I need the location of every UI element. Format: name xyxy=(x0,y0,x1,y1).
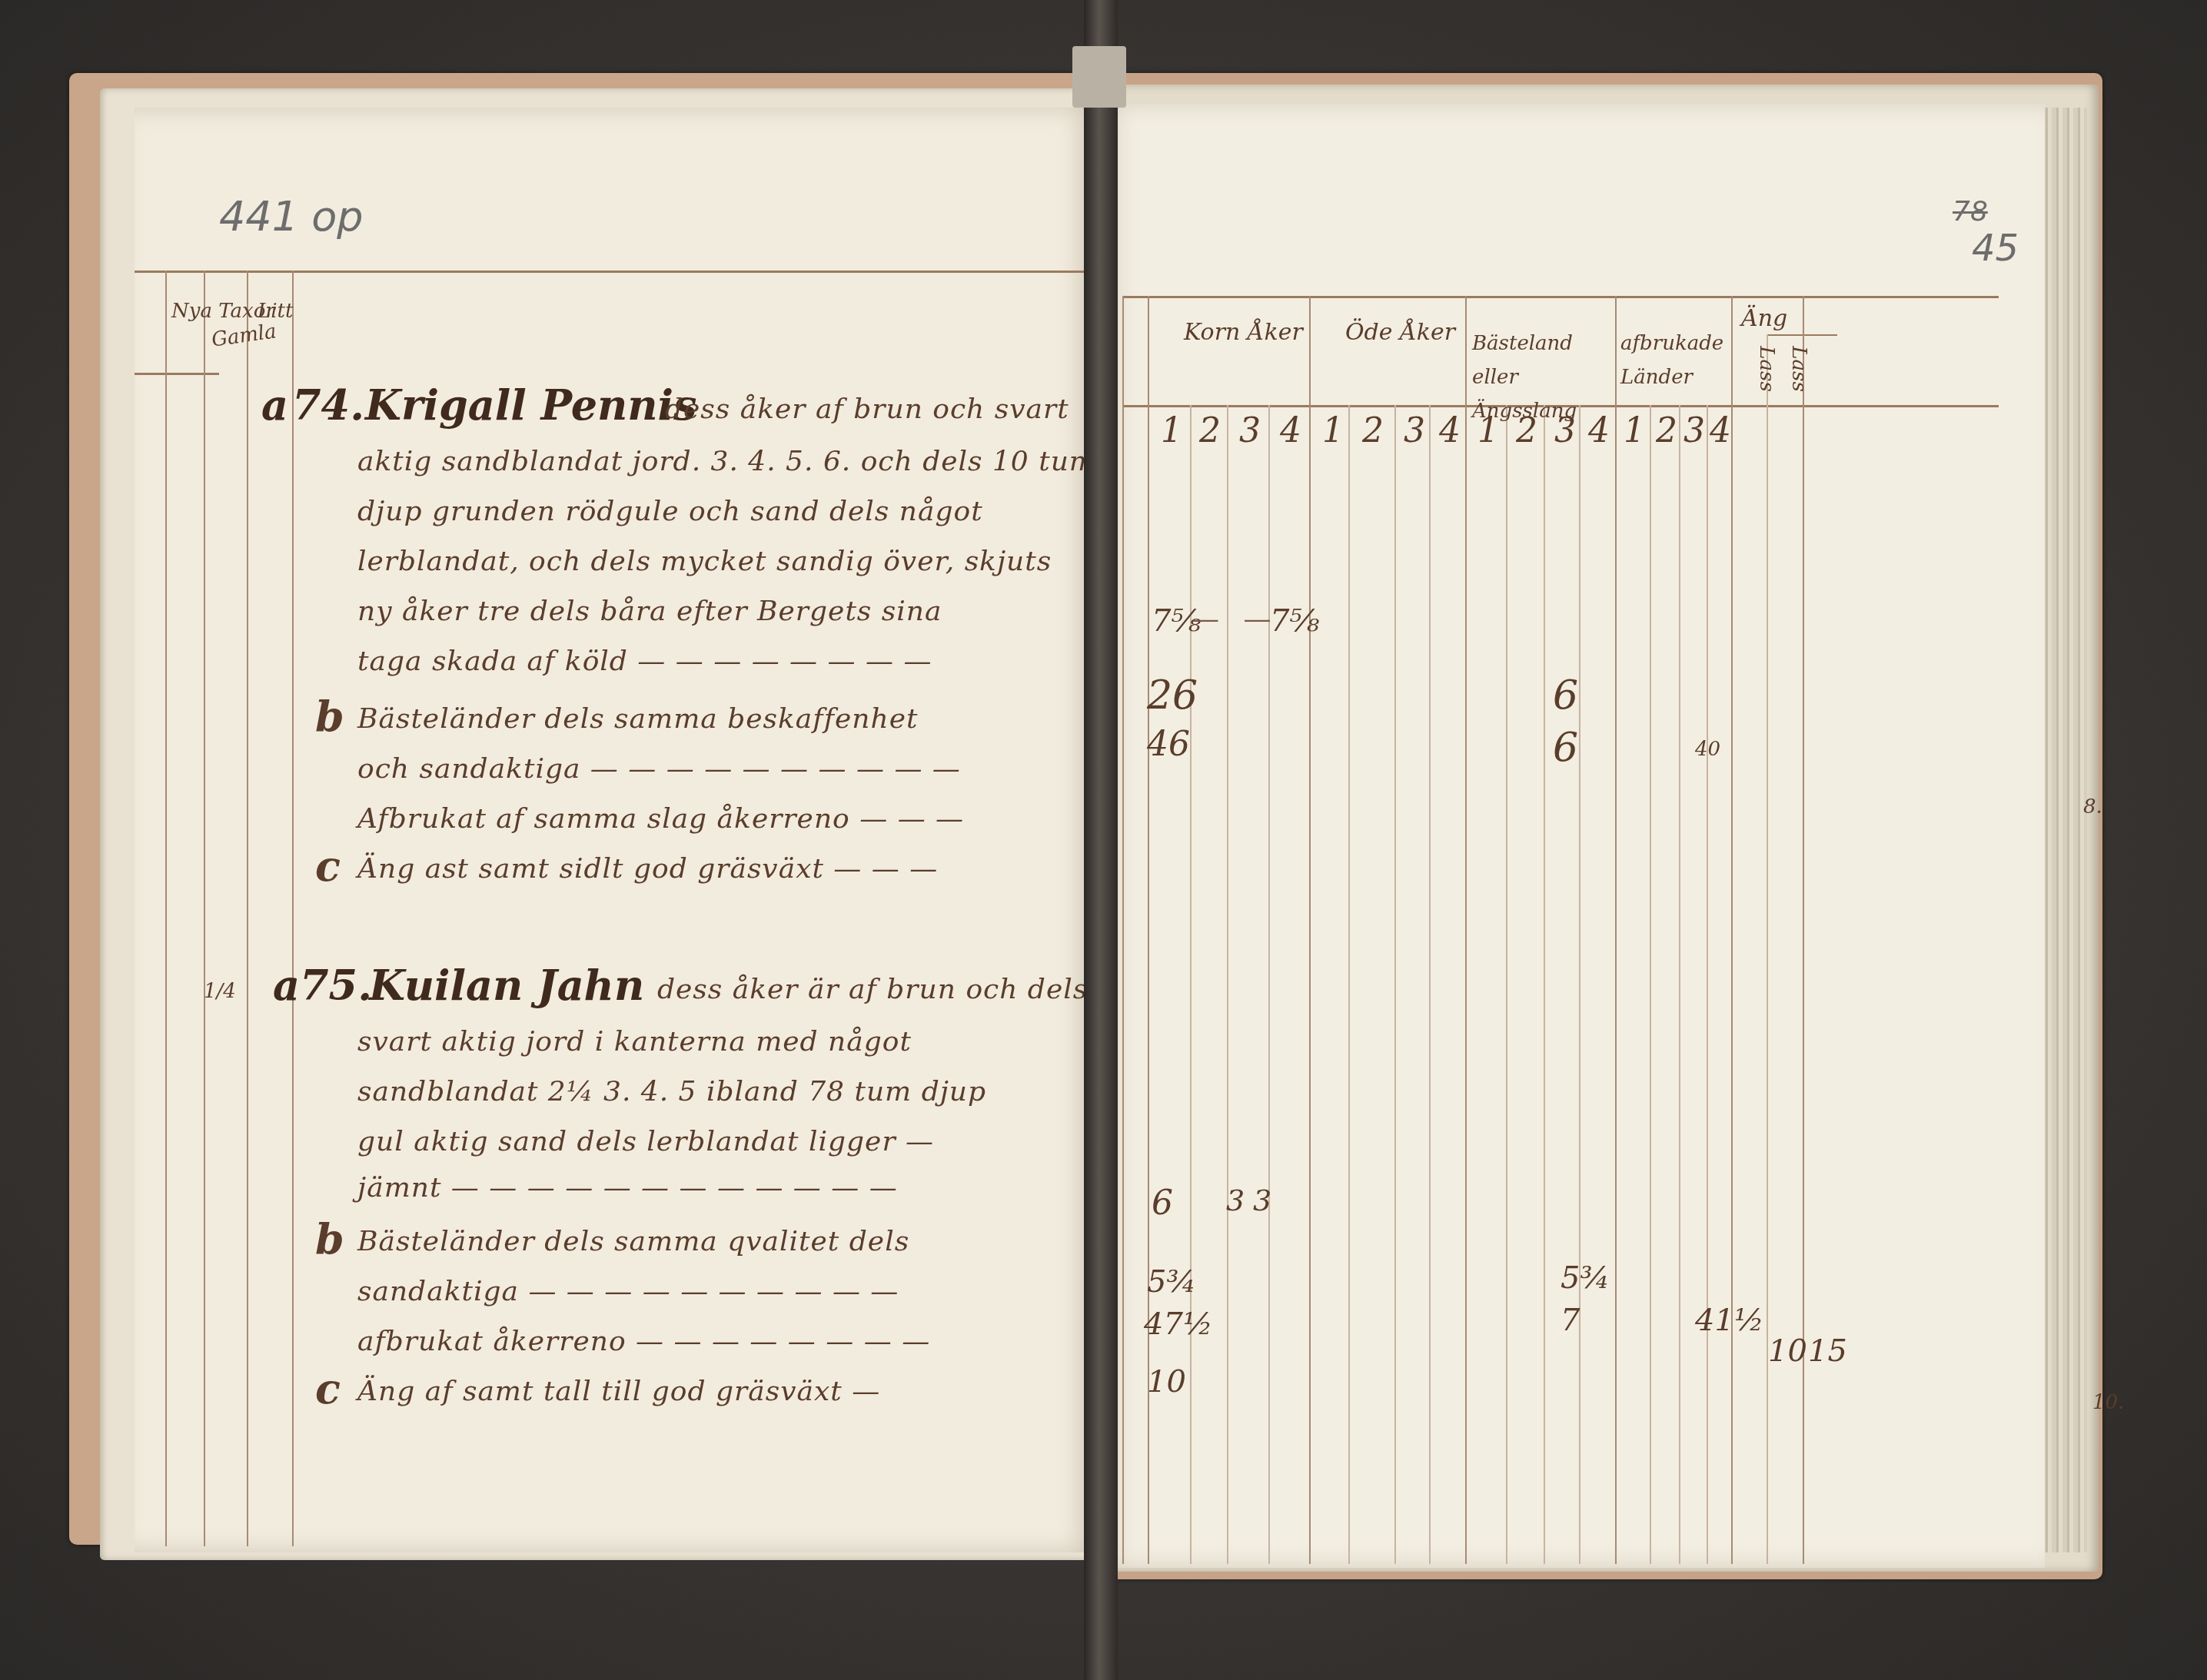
column-rule xyxy=(1348,405,1350,1564)
column-rule xyxy=(247,271,248,1546)
column-rule xyxy=(1544,405,1545,1564)
left-page: 441 op Nya Taxor Gamla Litt a 74. Krigal… xyxy=(135,108,1095,1552)
entry-litt-c: c xyxy=(315,1364,341,1413)
column-rule xyxy=(1707,405,1708,1564)
entry-text-line: taga skada af köld — — — — — — — — xyxy=(357,646,932,677)
header-ang-lass: Lass xyxy=(1787,346,1810,391)
header-afbrukade: afbrukade Länder xyxy=(1620,327,1728,394)
entry-text-line: Bästeländer dels samma beskaffenhet xyxy=(357,703,918,735)
cell-ang-1: 10 xyxy=(1768,1333,1807,1369)
pencil-folio: 45 xyxy=(1972,227,2019,270)
column-rule xyxy=(1767,334,1768,1564)
col-num: 2 xyxy=(1656,411,1677,450)
header-bottom-rule xyxy=(135,373,219,375)
cell-korn-2: 3 xyxy=(1226,1184,1245,1217)
row-total: 10 xyxy=(1147,1364,1186,1399)
row-total: 46 xyxy=(1147,725,1190,764)
header-litt: Litt xyxy=(258,300,293,323)
header-top-rule xyxy=(1122,296,1999,298)
edge-mark: 8. xyxy=(2083,795,2102,818)
column-rule xyxy=(1803,296,1804,1564)
entry-text-line: afbrukat åkerreno — — — — — — — — xyxy=(357,1326,930,1357)
col-num: 4 xyxy=(1588,411,1610,450)
column-rule xyxy=(1268,405,1270,1564)
entry-text-line: ny åker tre dels båra efter Bergets sina xyxy=(357,596,942,627)
pencil-annotation: 441 op xyxy=(219,192,364,241)
column-rule xyxy=(1506,405,1507,1564)
entry-text-line: Äng af samt tall till god gräsväxt — xyxy=(357,1376,880,1407)
column-rule xyxy=(1190,405,1192,1564)
entry-name: Krigall Pennis xyxy=(365,380,696,430)
entry-litt-a: a xyxy=(261,380,288,430)
header-ang-lass: Lass xyxy=(1755,346,1778,391)
column-rule xyxy=(1650,405,1651,1564)
header-ode-aker: Öde Åker xyxy=(1345,319,1455,346)
column-rule xyxy=(1465,296,1467,1564)
cell-korn-3: 7⅝ xyxy=(1270,603,1319,639)
row-total: 26 xyxy=(1147,672,1198,719)
book-spine xyxy=(1084,0,1118,1680)
torn-page-edges xyxy=(2041,108,2087,1552)
entry-text-line: sandblandat 2¼ 3. 4. 5 ibland 78 tum dju… xyxy=(357,1076,986,1107)
column-rule xyxy=(1615,296,1617,1564)
entry-text-line: svart aktig jord i kanterna med något xyxy=(357,1026,912,1057)
right-page: 78 45 Korn Åker Öde Åker Bästeland eller… xyxy=(1099,104,2045,1568)
cell-ang-2: 15 xyxy=(1808,1333,1847,1369)
col-num: 4 xyxy=(1280,411,1301,450)
column-rule xyxy=(292,271,294,1546)
header-top-rule xyxy=(135,271,1088,273)
col-num: 1 xyxy=(1477,411,1499,450)
header-ang: Äng xyxy=(1741,305,1787,332)
cell-baste-3: 6 xyxy=(1553,725,1578,771)
entry-text-line: Afbrukat af samma slag åkerreno — — — xyxy=(357,803,964,835)
column-rule xyxy=(1309,296,1311,1564)
column-rule xyxy=(1394,405,1396,1564)
col-num: 4 xyxy=(1710,411,1731,450)
entry-litt-b: b xyxy=(315,692,344,741)
col-num: 4 xyxy=(1439,411,1461,450)
col-num: 1 xyxy=(1161,411,1182,450)
entry-text-line: jämnt — — — — — — — — — — — — xyxy=(357,1172,898,1204)
cell-baste-3: 7 xyxy=(1561,1303,1580,1338)
col-num: 3 xyxy=(1684,411,1705,450)
entry-number: 74. xyxy=(292,380,364,430)
cell-baste-3: 5¾ xyxy=(1561,1260,1610,1296)
pencil-folio-struck: 78 xyxy=(1953,196,1988,227)
entry-text-line: gul aktig sand dels lerblandat ligger — xyxy=(357,1126,934,1157)
entry-text-line: lerblandat, och dels mycket sandig över,… xyxy=(357,546,1052,577)
entry-number: 75. xyxy=(300,961,372,1010)
entry-text-line: djup grunden rödgule och sand dels något xyxy=(357,496,983,527)
column-rule xyxy=(1429,405,1431,1564)
cell-korn-3: 3 xyxy=(1253,1184,1271,1217)
row-total: 47½ xyxy=(1144,1306,1213,1342)
row-dashes: — — xyxy=(1192,603,1278,635)
entry-text-line: dess åker är af brun och dels xyxy=(657,974,1088,1005)
entry-litt-b: b xyxy=(315,1214,344,1263)
header-gamla: Gamla xyxy=(210,320,278,352)
column-rule xyxy=(1579,405,1580,1564)
column-rule xyxy=(204,271,205,1546)
entry-litt-a: a xyxy=(273,961,300,1010)
entry-litt-c: c xyxy=(315,842,341,891)
col-num: 2 xyxy=(1199,411,1221,450)
margin-note: 1/4 xyxy=(204,980,236,1003)
entry-text-line: Bästeländer dels samma qvalitet dels xyxy=(357,1226,909,1257)
cell-baste-3: 6 xyxy=(1553,672,1578,719)
row-total: 5¾ xyxy=(1147,1264,1196,1300)
header-korn-aker: Korn Åker xyxy=(1184,319,1303,346)
cell-afbr-3: 40 xyxy=(1695,738,1720,761)
entry-text-line: Äng ast samt sidlt god gräsväxt — — — xyxy=(357,853,938,885)
column-rule xyxy=(1679,405,1680,1564)
col-num: 2 xyxy=(1516,411,1537,450)
column-rule xyxy=(165,271,167,1546)
col-num: 1 xyxy=(1624,411,1645,450)
edge-mark: 10. xyxy=(2092,1391,2124,1414)
entry-name: Kuilan Jahn xyxy=(369,961,644,1010)
row-total: 6 xyxy=(1152,1184,1173,1223)
column-rule xyxy=(1122,296,1124,1564)
cell-afbr-3: 41½ xyxy=(1695,1303,1764,1338)
col-num: 1 xyxy=(1322,411,1344,450)
column-rule xyxy=(1227,405,1228,1564)
column-rule xyxy=(1731,296,1733,1564)
spine-cap xyxy=(1072,46,1126,108)
entry-text-line: sandaktiga — — — — — — — — — — xyxy=(357,1276,899,1307)
col-num: 2 xyxy=(1362,411,1384,450)
col-num: 3 xyxy=(1404,411,1425,450)
entry-text-line: dess åker af brun och svart xyxy=(665,393,1069,425)
col-num: 3 xyxy=(1239,411,1261,450)
entry-text-line: aktig sandblandat jord. 3. 4. 5. 6. och … xyxy=(357,446,1096,477)
entry-text-line: och sandaktiga — — — — — — — — — — xyxy=(357,753,961,785)
col-num: 3 xyxy=(1554,411,1576,450)
